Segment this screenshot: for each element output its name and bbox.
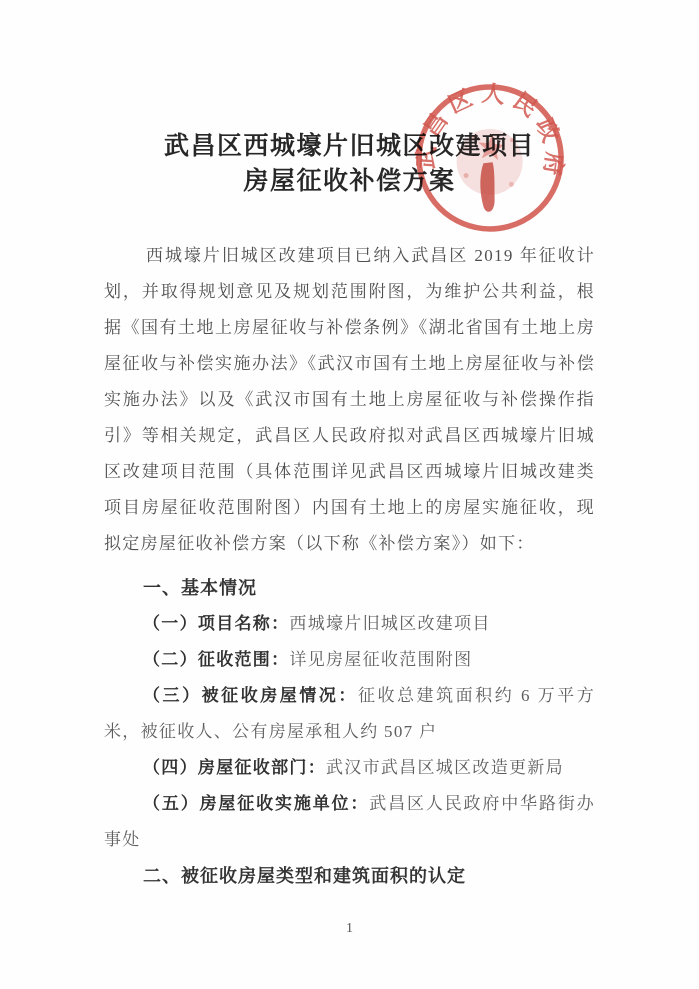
- document-page: 武昌区西城壕片旧城区改建项目 房屋征收补偿方案 武昌区人民政府 西城壕片旧城区改…: [0, 0, 699, 989]
- document-title: 武昌区西城壕片旧城区改建项目 房屋征收补偿方案: [0, 129, 699, 199]
- title-line-2: 房屋征收补偿方案: [0, 164, 699, 199]
- intro-paragraph: 西城壕片旧城区改建项目已纳入武昌区 2019 年征收计划，并取得规划意见及规划范…: [104, 238, 595, 562]
- item-project-name: （一）项目名称：西城壕片旧城区改建项目: [104, 606, 595, 642]
- item-expropriation-department-value: 武汉市武昌区城区改造更新局: [326, 758, 564, 777]
- page-number: 1: [0, 921, 699, 937]
- item-expropriation-scope-value: 详见房屋征收范围附图: [289, 650, 472, 669]
- document-body: 西城壕片旧城区改建项目已纳入武昌区 2019 年征收计划，并取得规划意见及规划范…: [104, 238, 595, 894]
- item-implementation-unit-label: （五）房屋征收实施单位：: [143, 794, 369, 813]
- item-expropriation-scope-label: （二）征收范围：: [143, 650, 289, 669]
- item-expropriation-department: （四）房屋征收部门：武汉市武昌区城区改造更新局: [104, 750, 595, 786]
- item-house-situation: （三）被征收房屋情况：征收总建筑面积约 6 万平方米，被征收人、公有房屋承租人约…: [104, 678, 595, 750]
- item-house-situation-label: （三）被征收房屋情况：: [143, 686, 358, 705]
- item-expropriation-scope: （二）征收范围：详见房屋征收范围附图: [104, 642, 595, 678]
- item-expropriation-department-label: （四）房屋征收部门：: [143, 758, 326, 777]
- item-implementation-unit: （五）房屋征收实施单位：武昌区人民政府中华路街办事处: [104, 786, 595, 858]
- section-2-heading: 二、被征收房屋类型和建筑面积的认定: [104, 858, 595, 894]
- section-1-heading: 一、基本情况: [104, 570, 595, 606]
- item-project-name-label: （一）项目名称：: [143, 614, 289, 633]
- title-line-1: 武昌区西城壕片旧城区改建项目: [0, 129, 699, 164]
- item-project-name-value: 西城壕片旧城区改建项目: [289, 614, 490, 633]
